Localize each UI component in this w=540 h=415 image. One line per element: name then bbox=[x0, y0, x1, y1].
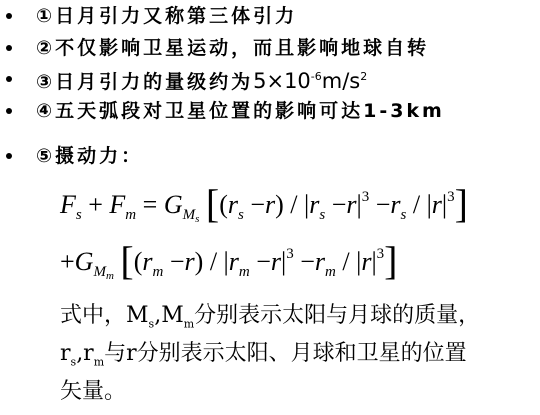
description-line-3: 矢量。 bbox=[60, 376, 126, 408]
circled-number: ③ bbox=[36, 71, 55, 93]
bullet-dot bbox=[6, 108, 12, 114]
circled-number: ④ bbox=[36, 100, 55, 122]
magnitude-value: 5×10 bbox=[253, 69, 311, 93]
formula-line-1: Fs + Fm = GMs [(rs −r) / |rs −r|3 −rs / … bbox=[60, 180, 468, 227]
circled-number: ① bbox=[36, 5, 55, 27]
description-line-1: 式中，Ms,Mm分别表示太阳与月球的质量， bbox=[60, 300, 480, 340]
bullet-text: 不仅影响卫星运动，而且影响地球自转 bbox=[55, 37, 429, 59]
magnitude-exponent: -6 bbox=[311, 70, 322, 83]
bullet-text: 日月引力的量级约为 bbox=[55, 71, 253, 93]
magnitude-unit: m/s bbox=[322, 69, 360, 93]
bullet-text: 摄动力： bbox=[55, 145, 143, 167]
bullet-dot bbox=[6, 153, 12, 159]
bullet-dot bbox=[6, 76, 12, 82]
bullet-dot bbox=[6, 13, 12, 19]
bullet-text: 五天弧段对卫星位置的影响可达1-3km bbox=[55, 100, 445, 122]
description-line-2: rs,rm与r分别表示太阳、月球和卫星的位置 bbox=[60, 338, 467, 378]
circled-number: ② bbox=[36, 37, 55, 59]
bullet-text: 日月引力又称第三体引力 bbox=[55, 5, 297, 27]
bullet-dot bbox=[6, 45, 12, 51]
formula-line-2: +GMm [(rm −r) / |rm −r|3 −rm / |r|3] bbox=[60, 237, 398, 284]
circled-number: ⑤ bbox=[36, 145, 55, 167]
unit-exponent: 2 bbox=[360, 70, 367, 83]
